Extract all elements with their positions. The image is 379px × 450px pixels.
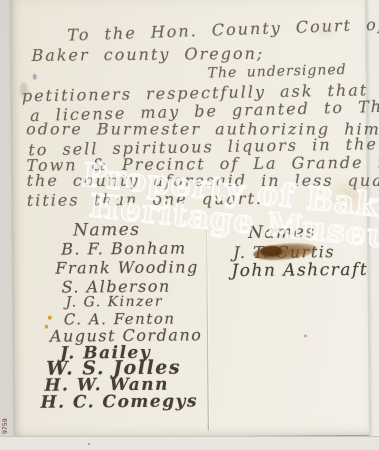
signature: Frank Wooding (55, 257, 199, 277)
paper-stain (311, 21, 341, 41)
mat-bottom-strip (0, 436, 379, 450)
ink-speck (33, 74, 37, 80)
scan-background: To the Hon. County Court of Baker county… (0, 0, 379, 450)
ink-speck (88, 443, 90, 445)
letter-line: Baker county Oregon; (31, 44, 264, 65)
petition-document: To the Hon. County Court of Baker county… (10, 0, 370, 439)
signature-column-header: Names (73, 220, 141, 241)
letter-line: tities than one quart. (27, 189, 263, 210)
signature: John Ashcraft (231, 260, 368, 281)
letter-line: The undersigned (207, 62, 346, 82)
paper-stain (325, 175, 373, 217)
archive-number-label: 9759 (1, 404, 10, 434)
signature: H. C. Comegys (40, 391, 198, 412)
ink-speck (48, 316, 52, 320)
smudge (20, 82, 28, 98)
signature: J. G. Kinzer (66, 294, 163, 311)
ink-speck (304, 334, 307, 337)
ink-speck (45, 325, 48, 329)
signature-column-header: Names (248, 222, 316, 243)
signature: B. F. Bonham (61, 238, 187, 258)
fold-crease (206, 226, 209, 430)
